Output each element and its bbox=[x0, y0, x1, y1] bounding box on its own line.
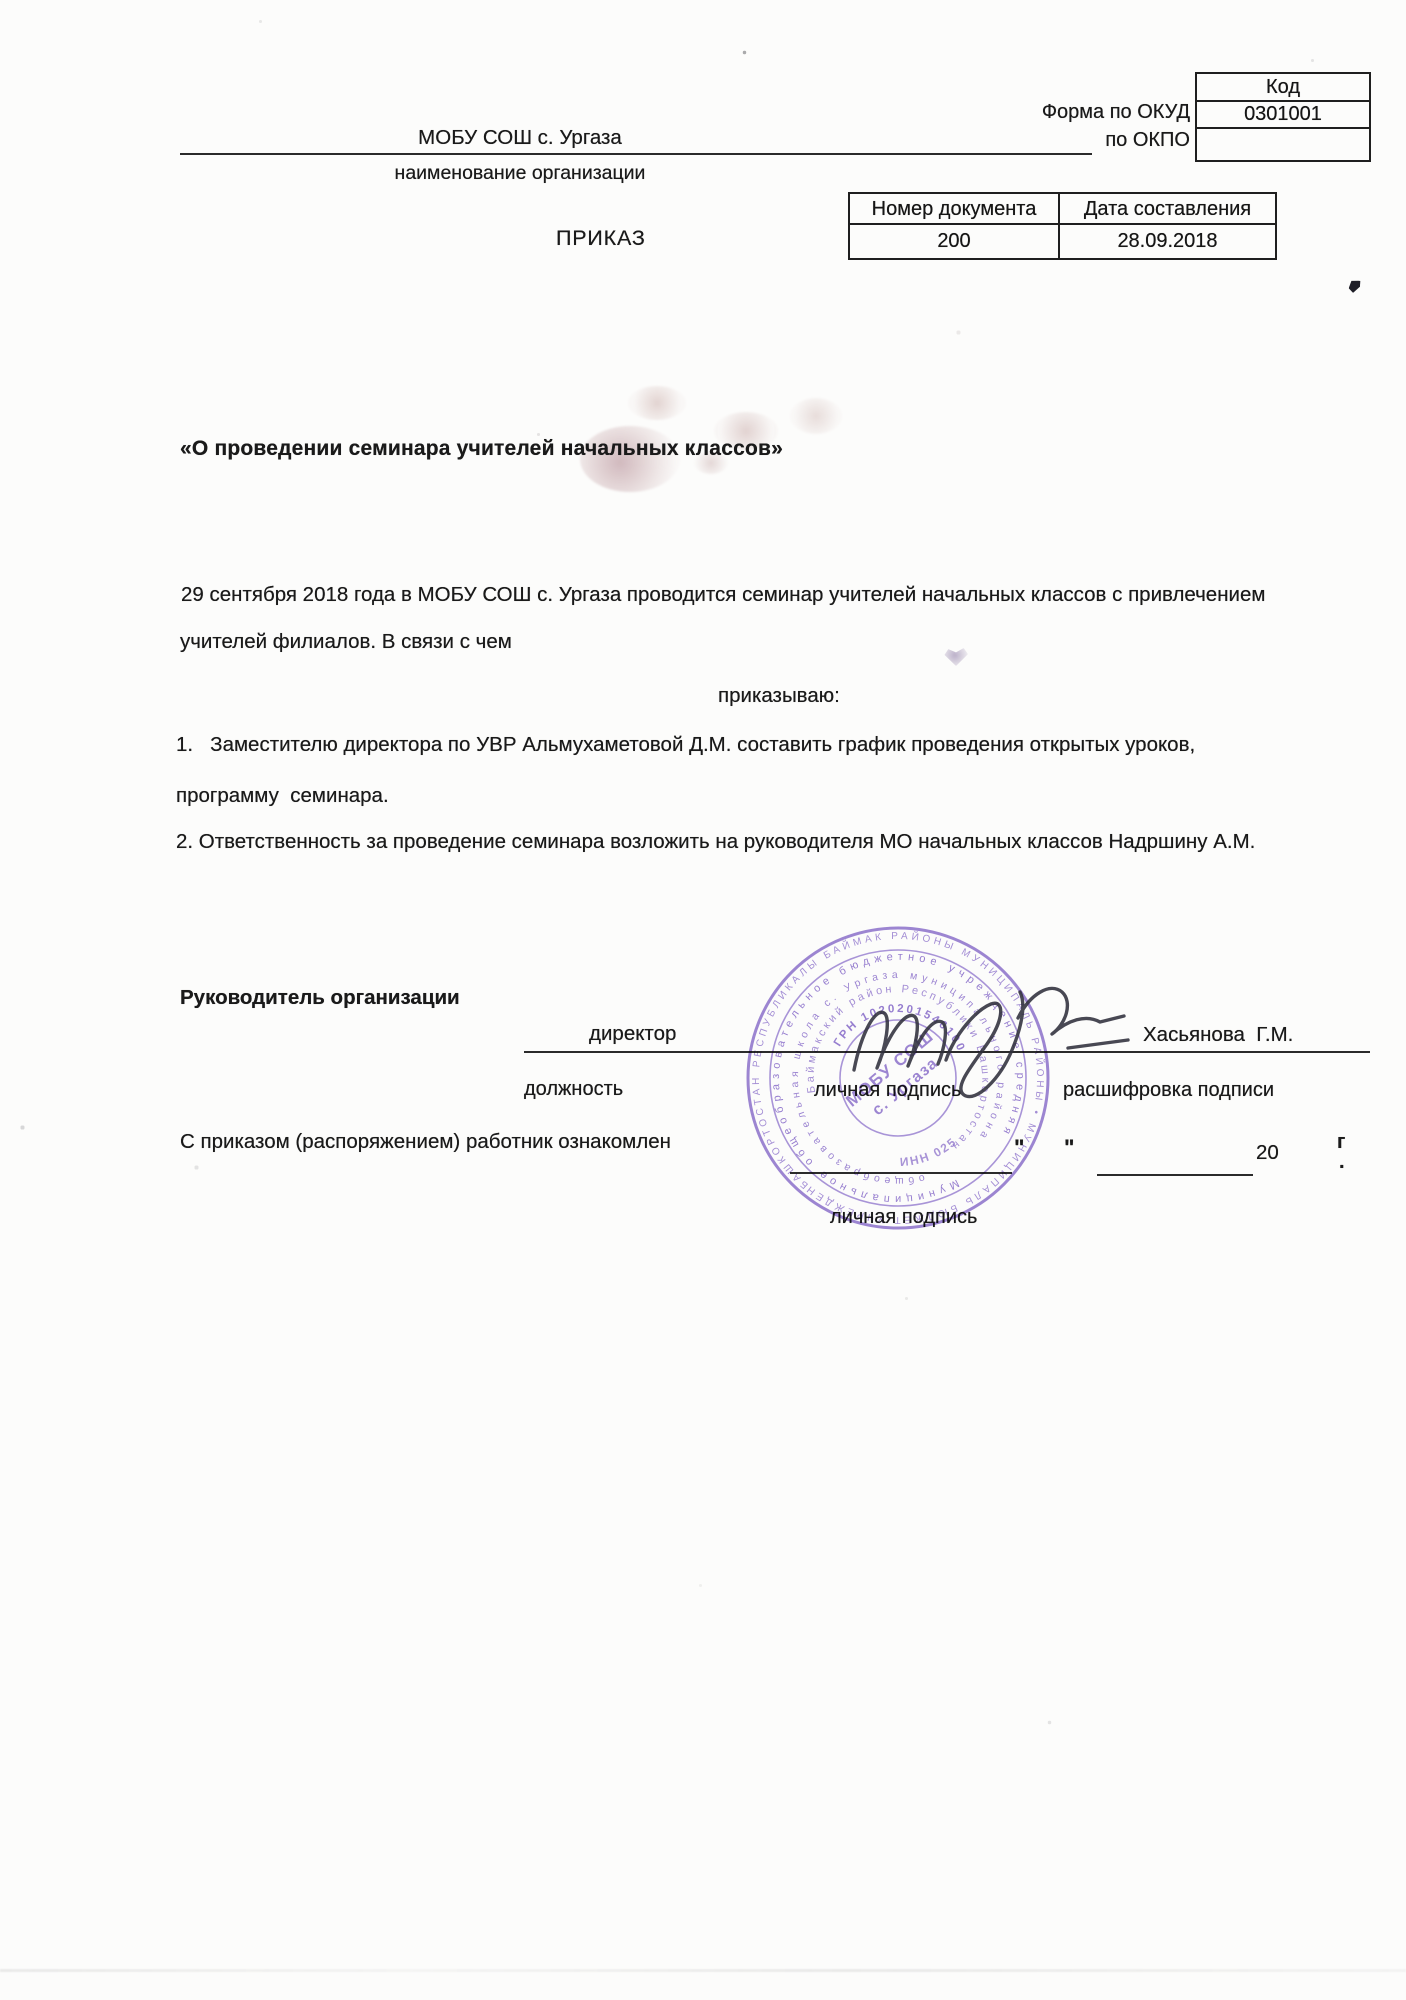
code-table: Код 0301001 bbox=[1195, 72, 1371, 162]
scan-speckles bbox=[0, 0, 1, 1]
okpo-code-cell bbox=[1197, 127, 1369, 160]
year-letter-dot: . bbox=[1339, 1150, 1345, 1174]
decree-word: приказываю: bbox=[718, 684, 840, 708]
doc-number-value: 200 bbox=[850, 225, 1060, 258]
doc-number-header: Номер документа bbox=[850, 194, 1060, 223]
org-name: МОБУ СОШ с. Ургаза bbox=[180, 126, 860, 150]
stamp-inn-text: ИНН 025 bbox=[899, 1134, 959, 1169]
small-smudge-mark bbox=[944, 648, 968, 666]
order-item-1-line2: программу семинара. bbox=[176, 784, 389, 808]
acknowledgement-text: С приказом (распоряжением) работник озна… bbox=[180, 1130, 671, 1154]
scan-edge-artifact bbox=[0, 1969, 1406, 1972]
quote-close: " bbox=[1064, 1136, 1074, 1160]
doc-number-table: Номер документа Дата составления 200 28.… bbox=[848, 192, 1277, 260]
scan-stain bbox=[790, 398, 842, 434]
ack-date-line bbox=[1097, 1174, 1253, 1176]
handwritten-signature bbox=[828, 952, 1158, 1127]
okud-label: Форма по ОКУД bbox=[900, 100, 1190, 124]
doc-type: ПРИКАЗ bbox=[556, 226, 646, 250]
order-item-1-line1: 1. Заместителю директора по УВР Альмухам… bbox=[176, 733, 1195, 757]
order-item-2: 2. Ответственность за проведение семинар… bbox=[176, 830, 1255, 854]
signer-name: Хасьянова Г.М. bbox=[1143, 1023, 1293, 1047]
svg-text:ИНН 025: ИНН 025 bbox=[899, 1134, 959, 1169]
org-name-caption: наименование организации bbox=[180, 161, 860, 185]
code-table-header: Код bbox=[1197, 74, 1369, 100]
body-paragraph-line1: 29 сентября 2018 года в МОБУ СОШ с. Урга… bbox=[181, 583, 1265, 607]
okud-code-cell: 0301001 bbox=[1197, 100, 1369, 127]
order-title: «О проведении семинара учителей начальны… bbox=[180, 437, 783, 461]
position-caption: должность bbox=[524, 1077, 623, 1101]
org-name-underline bbox=[180, 153, 1092, 155]
body-paragraph-line2: учителей филиалов. В связи с чем bbox=[180, 630, 512, 654]
position-value: директор bbox=[589, 1022, 676, 1046]
okpo-label: по ОКПО bbox=[900, 128, 1190, 152]
year-prefix: 20 bbox=[1256, 1141, 1279, 1165]
scan-stain bbox=[628, 386, 686, 420]
doc-date-value: 28.09.2018 bbox=[1060, 225, 1275, 258]
ink-speck-mark bbox=[1348, 279, 1361, 293]
head-of-org-label: Руководитель организации bbox=[180, 986, 460, 1010]
doc-date-header: Дата составления bbox=[1060, 194, 1275, 223]
document-page: Форма по ОКУД по ОКПО Код 0301001 МОБУ С… bbox=[0, 0, 1406, 2000]
